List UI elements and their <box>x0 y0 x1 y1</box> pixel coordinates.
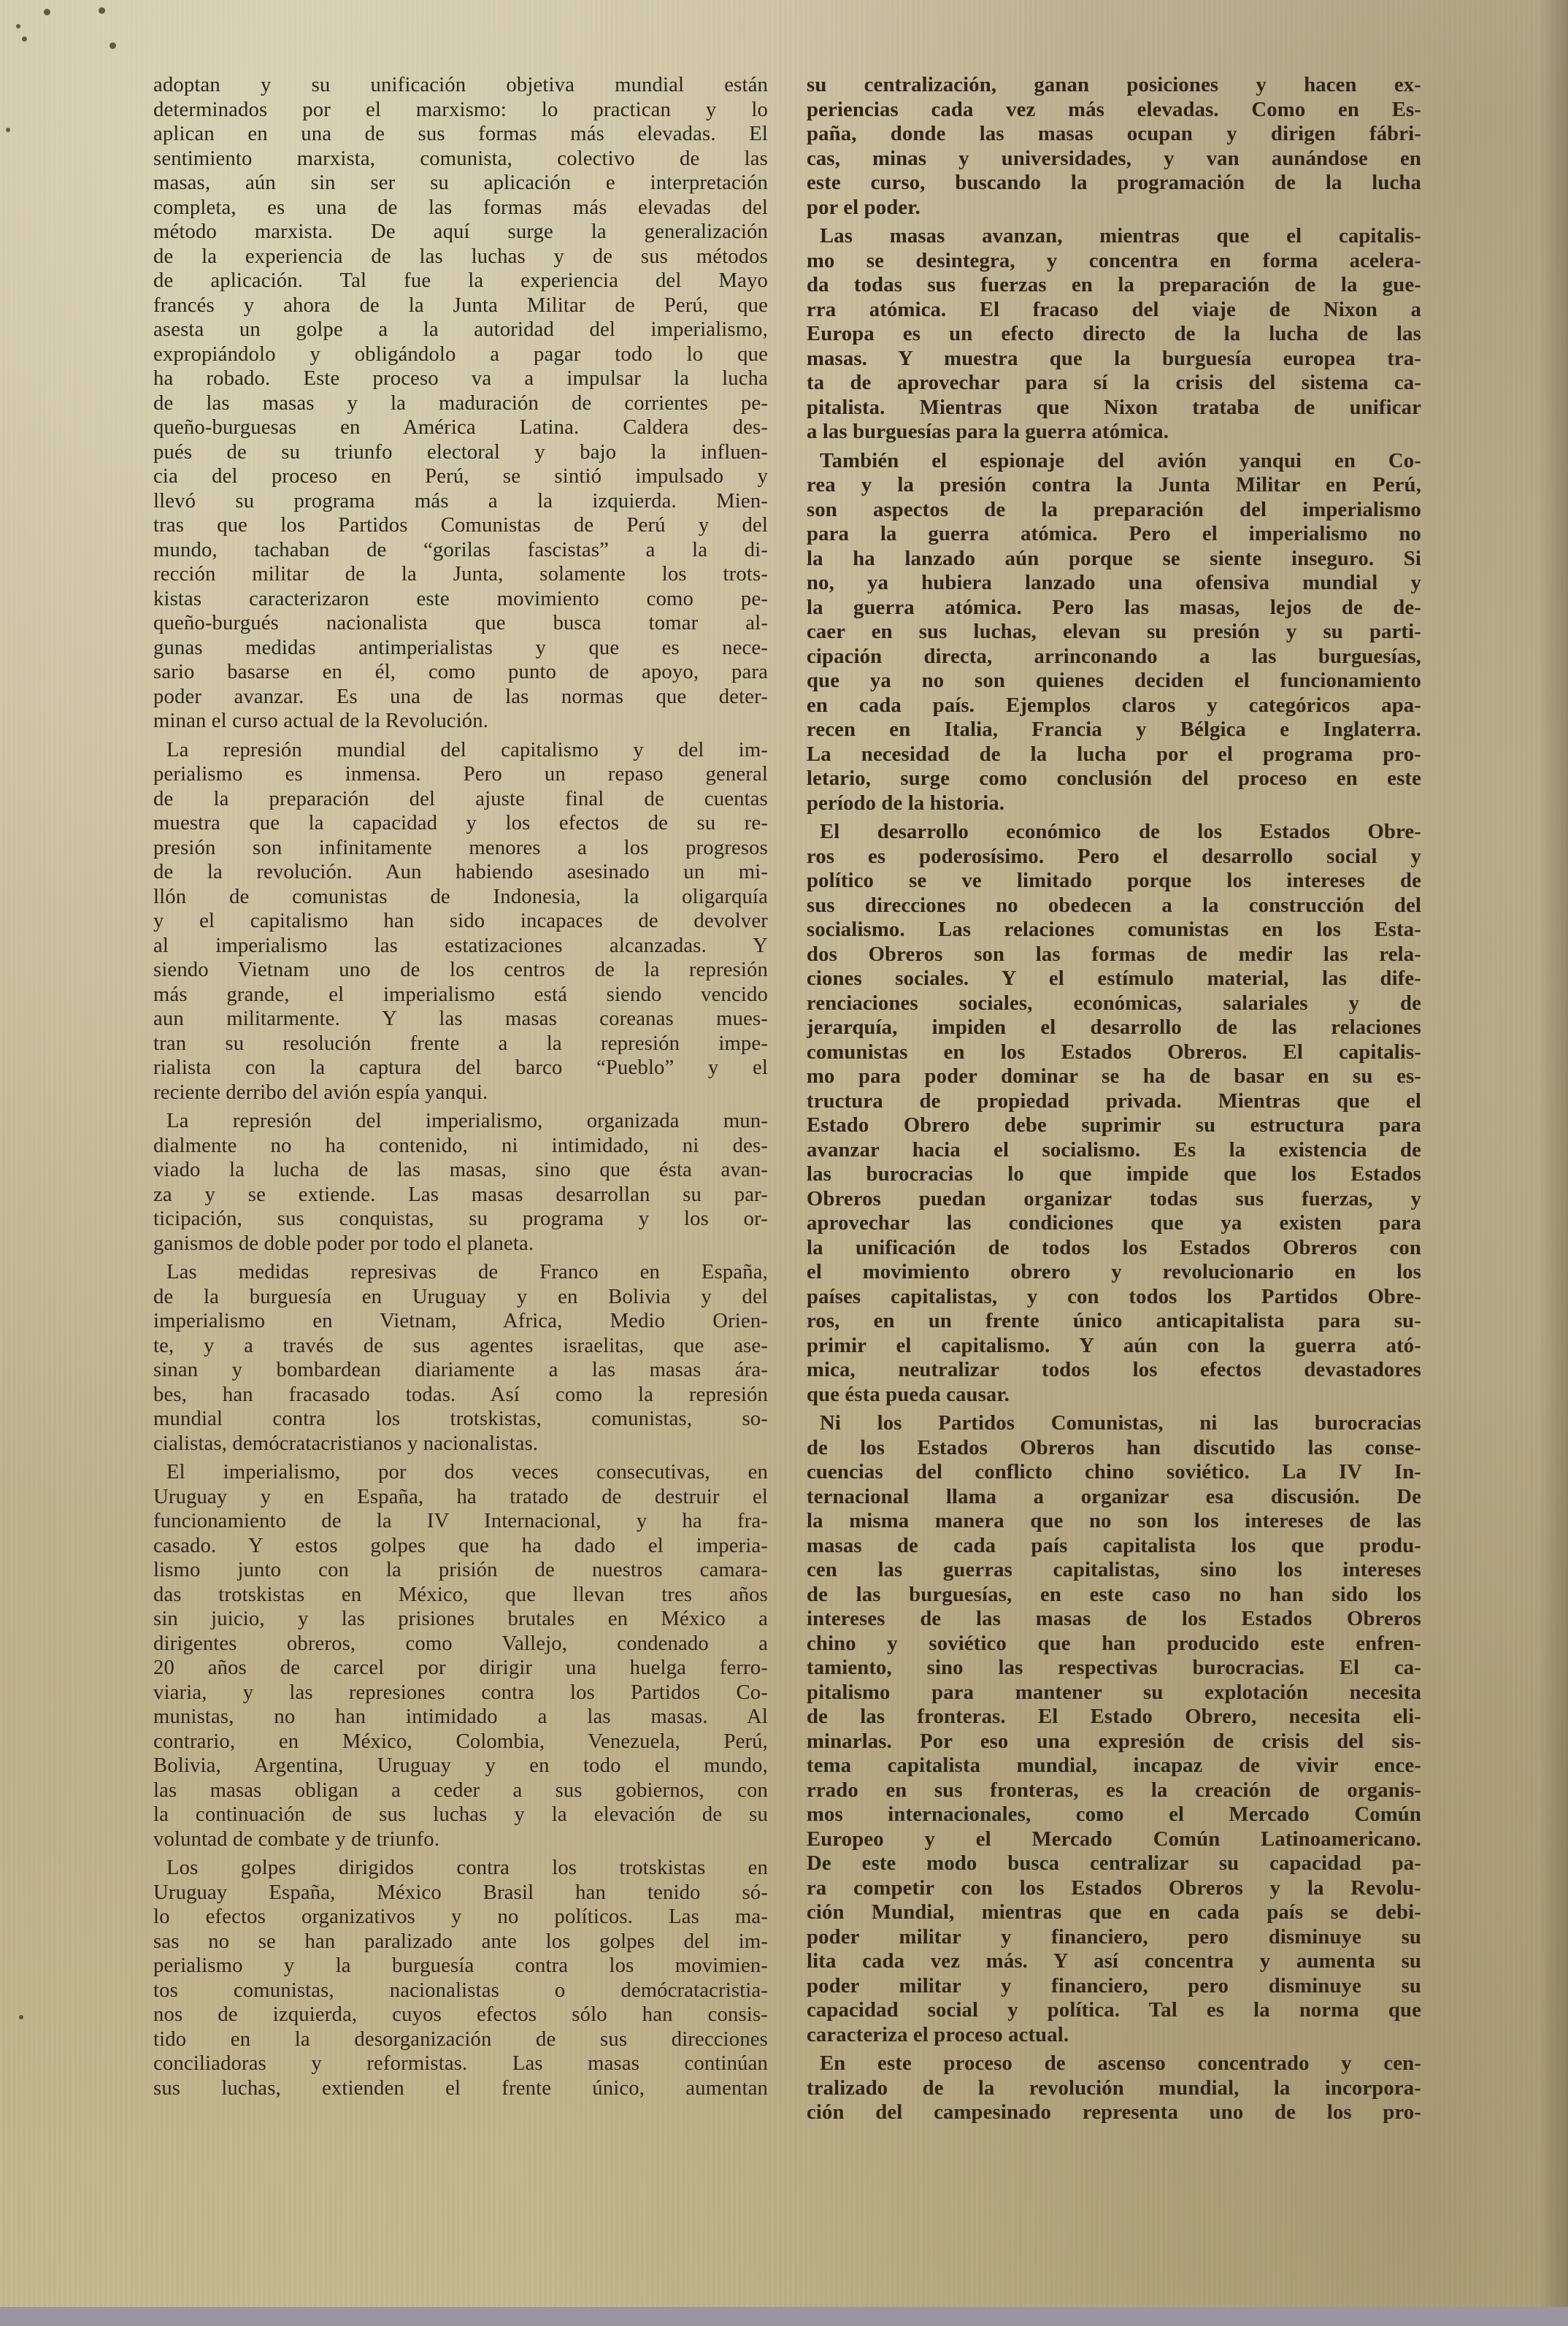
text-line: sario basarse en él, como punto de apoyo… <box>153 660 768 685</box>
text-line: ticipación, sus conquistas, su programa … <box>153 1207 768 1232</box>
text-line: de las masas y la maduración de corrient… <box>153 391 768 416</box>
text-line: la guerra atómica. Pero las masas, lejos… <box>807 596 1421 621</box>
text-line: paña, donde las masas ocupan y dirigen f… <box>807 122 1421 147</box>
text-line: determinados por el marxismo: lo practic… <box>153 98 768 123</box>
article-column-right: su centralización, ganan posiciones y ha… <box>807 73 1421 2125</box>
text-line: masas. Y muestra que la burguesía europe… <box>807 347 1421 372</box>
text-line: mos internacionales, como el Mercado Com… <box>807 1803 1421 1827</box>
scan-backdrop <box>0 2307 1568 2326</box>
text-line: rea y la presión contra la Junta Militar… <box>807 473 1421 498</box>
text-line: viado la lucha de las masas, sino que és… <box>153 1158 768 1183</box>
text-line: la ha lanzado aún porque se siente inseg… <box>807 547 1421 572</box>
text-line: El imperialismo, por dos veces consecuti… <box>153 1460 768 1485</box>
text-line: De este modo busca centralizar su capaci… <box>807 1851 1421 1876</box>
text-line: casado. Y estos golpes que ha dado el im… <box>153 1534 768 1559</box>
text-line: período de la historia. <box>807 791 1421 816</box>
text-line: caracteriza el proceso actual. <box>807 2023 1421 2048</box>
paragraph: También el espionaje del avión yanqui en… <box>807 449 1421 816</box>
text-line: completa, es una de las formas más eleva… <box>153 196 768 220</box>
text-line: ciones sociales. Y el estímulo material,… <box>807 967 1421 991</box>
text-line: tran su resolución frente a la represión… <box>153 1032 768 1056</box>
text-line: tido en la desorganización de sus direcc… <box>153 2027 768 2052</box>
text-line: de la experiencia de las luchas y de sus… <box>153 245 768 269</box>
text-line: más grande, el imperialismo está siendo … <box>153 983 768 1007</box>
text-line: la unificación de todos los Estados Obre… <box>807 1236 1421 1261</box>
text-line: tructura de propiedad privada. Mientras … <box>807 1089 1421 1114</box>
newspaper-page: adoptan y su unificación objetiva mundia… <box>0 0 1568 2307</box>
text-line: voluntad de combate y de triunfo. <box>153 1827 768 1852</box>
text-line: Uruguay y en España, ha tratado de destr… <box>153 1485 768 1510</box>
text-line: intereses de las masas de los Estados Ob… <box>807 1607 1421 1632</box>
text-line: cuencias del conflicto chino soviético. … <box>807 1460 1421 1485</box>
text-line: adoptan y su unificación objetiva mundia… <box>153 73 768 98</box>
text-line: este curso, buscando la programación de … <box>807 171 1421 196</box>
text-line: mo para poder dominar se ha de basar en … <box>807 1064 1421 1089</box>
paper-speck <box>44 9 50 15</box>
text-line: muestra que la capacidad y los efectos d… <box>153 811 768 836</box>
page-edge-shadow <box>1539 0 1568 2307</box>
text-line: viaria, y las represiones contra los Par… <box>153 1681 768 1705</box>
text-line: tralizado de la revolución mundial, la i… <box>807 2076 1421 2101</box>
text-line: ternacional llama a organizar esa discus… <box>807 1485 1421 1510</box>
text-line: Europa es un efecto directo de la lucha … <box>807 322 1421 347</box>
text-line: cas, minas y universidades, y van aunánd… <box>807 147 1421 172</box>
paper-speck <box>99 7 105 14</box>
text-line: letario, surge como conclusión del proce… <box>807 767 1421 791</box>
text-line: Estado Obrero debe suprimir su estructur… <box>807 1113 1421 1138</box>
text-line: contrario, en México, Colombia, Venezuel… <box>153 1730 768 1754</box>
text-line: te, y a través de sus agentes israelitas… <box>153 1334 768 1359</box>
text-line: de las burguesías, en este caso no han s… <box>807 1583 1421 1608</box>
text-line: aprovechar las condiciones que ya existe… <box>807 1211 1421 1236</box>
text-line: kistas caracterizaron este movimiento co… <box>153 587 768 612</box>
text-line: al imperialismo las estatizaciones alcan… <box>153 934 768 959</box>
text-line: pués de su triunfo electoral y bajo la i… <box>153 440 768 465</box>
text-line: mundo, tachaban de “gorilas fascistas” a… <box>153 538 768 563</box>
text-line: La necesidad de la lucha por el programa… <box>807 742 1421 767</box>
text-line: rialista con la captura del barco “Puebl… <box>153 1056 768 1081</box>
text-line: pitalista. Mientras que Nixon trataba de… <box>807 396 1421 421</box>
text-line: Los golpes dirigidos contra los trotskis… <box>153 1856 768 1881</box>
text-line: Las masas avanzan, mientras que el capit… <box>807 224 1421 249</box>
text-line: Las medidas represivas de Franco en Espa… <box>153 1260 768 1285</box>
text-line: ción Mundial, mientras que en cada país … <box>807 1900 1421 1925</box>
text-line: recen en Italia, Francia y Bélgica e Ing… <box>807 718 1421 742</box>
text-line: expropiándolo y obligándolo a pagar todo… <box>153 342 768 367</box>
paragraph: su centralización, ganan posiciones y ha… <box>807 73 1421 220</box>
text-line: rra atómica. El fracaso del viaje de Nix… <box>807 298 1421 323</box>
text-line: en cada país. Ejemplos claros y categóri… <box>807 694 1421 718</box>
text-line: La represión mundial del capitalismo y d… <box>153 738 768 763</box>
text-line: La represión del imperialismo, organizad… <box>153 1109 768 1134</box>
paper-speck <box>22 37 27 42</box>
text-line: asesta un golpe a la autoridad del imper… <box>153 318 768 342</box>
text-line: sus direcciones no obedecen a la constru… <box>807 894 1421 918</box>
text-line: ha robado. Este proceso va a impulsar la… <box>153 366 768 391</box>
text-line: jerarquía, impiden el desarrollo de las … <box>807 1016 1421 1040</box>
text-line: para la guerra atómica. Pero el imperial… <box>807 522 1421 547</box>
paragraph: Ni los Partidos Comunistas, ni las buroc… <box>807 1411 1421 2047</box>
text-line: masas, aún sin ser su aplicación e inter… <box>153 171 768 196</box>
text-line: gunas medidas antimperialistas y que es … <box>153 636 768 661</box>
text-line: sin juicio, y las prisiones brutales en … <box>153 1607 768 1632</box>
text-line: pitalismo para mantener su explotación n… <box>807 1681 1421 1705</box>
text-line: da todas sus fuerzas en la preparación d… <box>807 273 1421 298</box>
paper-speck <box>16 24 20 28</box>
text-line: renciaciones sociales, económicas, salar… <box>807 991 1421 1016</box>
text-line: por el poder. <box>807 196 1421 220</box>
article-column-left: adoptan y su unificación objetiva mundia… <box>153 73 768 2100</box>
text-line: Bolivia, Argentina, Uruguay y en todo el… <box>153 1754 768 1778</box>
text-line: periencias cada vez más elevadas. Como e… <box>807 98 1421 123</box>
text-line: das trotskistas en México, que llevan tr… <box>153 1583 768 1608</box>
text-line: munistas, no han intimidado a las masas.… <box>153 1705 768 1730</box>
text-line: tamiento, sino las respectivas burocraci… <box>807 1656 1421 1681</box>
text-line: perialismo es inmensa. Pero un repaso ge… <box>153 762 768 787</box>
text-line: llón de comunistas de Indonesia, la olig… <box>153 885 768 910</box>
text-line: cipación directa, arrinconando a las bur… <box>807 645 1421 669</box>
text-line: de la burguesía en Uruguay y en Bolivia … <box>153 1285 768 1310</box>
text-line: lita cada vez más. Y así concentra y aum… <box>807 1949 1421 1974</box>
text-line: za y se extiende. Las masas desarrollan … <box>153 1183 768 1208</box>
text-line: son aspectos de la preparación del imper… <box>807 498 1421 523</box>
text-line: su centralización, ganan posiciones y ha… <box>807 73 1421 98</box>
text-line: mo se desintegra, y concentra en forma a… <box>807 249 1421 274</box>
paper-speck <box>19 2015 23 2019</box>
text-line: perialismo y la burguesía contra los mov… <box>153 1954 768 1978</box>
paragraph: La represión mundial del capitalismo y d… <box>153 738 768 1105</box>
text-line: y el capitalismo han sido incapaces de d… <box>153 909 768 934</box>
text-line: la continuación de sus luchas y la eleva… <box>153 1803 768 1827</box>
paragraph: En este proceso de ascenso concentrado y… <box>807 2051 1421 2125</box>
text-line: reciente derribo del avión espía yanqui. <box>153 1081 768 1105</box>
text-line: sentimiento marxista, comunista, colecti… <box>153 147 768 172</box>
text-line: Ni los Partidos Comunistas, ni las buroc… <box>807 1411 1421 1436</box>
text-line: a las burguesías para la guerra atómica. <box>807 420 1421 445</box>
text-line: cen las guerras capitalistas, sino los i… <box>807 1558 1421 1583</box>
paragraph: El desarrollo económico de los Estados O… <box>807 820 1421 1407</box>
text-line: que ésta pueda causar. <box>807 1383 1421 1408</box>
text-line: ros es poderosísimo. Pero el desarrollo … <box>807 845 1421 870</box>
paragraph: El imperialismo, por dos veces consecuti… <box>153 1460 768 1851</box>
text-line: nos de izquierda, cuyos efectos sólo han… <box>153 2003 768 2027</box>
text-line: Europeo y el Mercado Común Latinoamerica… <box>807 1827 1421 1852</box>
text-line: masas de cada país capitalista los que p… <box>807 1534 1421 1559</box>
text-line: aun militarmente. Y las masas coreanas m… <box>153 1007 768 1032</box>
text-line: primir el capitalismo. Y aún con la guer… <box>807 1334 1421 1359</box>
text-line: sas no se han paralizado ante los golpes… <box>153 1930 768 1954</box>
text-line: siendo Vietnam uno de los centros de la … <box>153 958 768 983</box>
text-line: de la revolución. Aun habiendo asesinado… <box>153 860 768 885</box>
paper-speck <box>6 128 10 132</box>
text-line: comunistas en los Estados Obreros. El ca… <box>807 1040 1421 1065</box>
text-line: mundial contra los trotskistas, comunist… <box>153 1407 768 1432</box>
text-line: cialistas, demócratacristianos y naciona… <box>153 1432 768 1456</box>
paragraph: adoptan y su unificación objetiva mundia… <box>153 73 768 734</box>
text-line: capacidad social y política. Tal es la n… <box>807 1998 1421 2023</box>
text-line: funcionamiento de la IV Internacional, y… <box>153 1509 768 1534</box>
text-line: lismo junto con la prisión de nuestros c… <box>153 1558 768 1583</box>
text-line: chino y soviético que han producido este… <box>807 1632 1421 1657</box>
text-line: dialmente no ha contenido, ni intimidado… <box>153 1134 768 1159</box>
paragraph: Los golpes dirigidos contra los trotskis… <box>153 1856 768 2100</box>
text-line: que ya no son quienes deciden el funcion… <box>807 669 1421 694</box>
text-line: socialismo. Las relaciones comunistas en… <box>807 918 1421 943</box>
text-line: poder militar y financiero, pero disminu… <box>807 1974 1421 1999</box>
text-line: dos Obreros son las formas de medir las … <box>807 943 1421 967</box>
paragraph: La represión del imperialismo, organizad… <box>153 1109 768 1256</box>
text-line: ros, en un frente único anticapitalista … <box>807 1309 1421 1334</box>
text-line: Obreros puedan organizar todas sus fuerz… <box>807 1187 1421 1212</box>
text-line: El desarrollo económico de los Estados O… <box>807 820 1421 845</box>
text-line: sus luchas, extienden el frente único, a… <box>153 2076 768 2101</box>
text-line: político se ve limitado porque los inter… <box>807 869 1421 894</box>
text-line: avanzar hacia el socialismo. Es la exist… <box>807 1138 1421 1163</box>
text-line: En este proceso de ascenso concentrado y… <box>807 2051 1421 2076</box>
text-line: rección militar de la Junta, solamente l… <box>153 562 768 587</box>
text-line: También el espionaje del avión yanqui en… <box>807 449 1421 474</box>
text-line: minarlas. Por eso una expresión de crisi… <box>807 1730 1421 1754</box>
text-line: caer en sus luchas, elevan su presión y … <box>807 620 1421 645</box>
paragraph: Las masas avanzan, mientras que el capit… <box>807 224 1421 445</box>
text-line: la misma manera que no son los intereses… <box>807 1509 1421 1534</box>
text-line: tos comunistas, nacionalistas o demócrat… <box>153 1978 768 2003</box>
text-line: poder militar y financiero, pero disminu… <box>807 1925 1421 1950</box>
text-line: de los Estados Obreros han discutido las… <box>807 1436 1421 1461</box>
text-line: conciliadoras y reformistas. Las masas c… <box>153 2051 768 2076</box>
text-line: tema capitalista mundial, incapaz de viv… <box>807 1754 1421 1778</box>
text-line: no, ya hubiera lanzado una ofensiva mund… <box>807 571 1421 596</box>
text-line: francés y ahora de la Junta Militar de P… <box>153 293 768 318</box>
paper-speck <box>109 42 116 49</box>
text-line: llevó su programa más a la izquierda. Mi… <box>153 489 768 514</box>
text-line: de la preparación del ajuste final de cu… <box>153 787 768 812</box>
text-line: minan el curso actual de la Revolución. <box>153 709 768 734</box>
text-line: rrado en sus fronteras, es la creación d… <box>807 1778 1421 1803</box>
text-line: mica, neutralizar todos los efectos deva… <box>807 1358 1421 1383</box>
text-line: poder avanzar. Es una de las normas que … <box>153 685 768 710</box>
text-line: presión son infinitamente menores a los … <box>153 836 768 861</box>
text-line: las masas obligan a ceder a sus gobierno… <box>153 1778 768 1803</box>
text-line: 20 años de carcel por dirigir una huelga… <box>153 1656 768 1681</box>
text-line: queño-burgués nacionalista que busca tom… <box>153 611 768 636</box>
text-line: queño-burguesas en América Latina. Calde… <box>153 415 768 440</box>
text-line: países capitalistas, y con todos los Par… <box>807 1285 1421 1310</box>
text-line: ta de aprovechar para sí la crisis del s… <box>807 371 1421 396</box>
text-line: sinan y bombardean diariamente a las mas… <box>153 1358 768 1383</box>
text-line: imperialismo en Vietnam, Africa, Medio O… <box>153 1309 768 1334</box>
text-line: el movimiento obrero y revolucionario en… <box>807 1260 1421 1285</box>
text-line: bes, han fracasado todas. Así como la re… <box>153 1383 768 1408</box>
text-line: método marxista. De aquí surge la genera… <box>153 220 768 245</box>
text-line: ganismos de doble poder por todo el plan… <box>153 1232 768 1256</box>
text-line: tras que los Partidos Comunistas de Perú… <box>153 513 768 538</box>
text-line: de aplicación. Tal fue la experiencia de… <box>153 269 768 293</box>
text-line: aplican en una de sus formas más elevada… <box>153 122 768 147</box>
paragraph: Las medidas represivas de Franco en Espa… <box>153 1260 768 1456</box>
text-line: ción del campesinado representa uno de l… <box>807 2100 1421 2125</box>
text-line: cia del proceso en Perú, se sintió impul… <box>153 464 768 489</box>
text-line: dirigentes obreros, como Vallejo, conden… <box>153 1632 768 1657</box>
text-line: ra competir con los Estados Obreros y la… <box>807 1876 1421 1901</box>
text-line: de las fronteras. El Estado Obrero, nece… <box>807 1705 1421 1730</box>
text-line: las burocracias lo que impide que los Es… <box>807 1162 1421 1187</box>
text-line: lo efectos organizativos y no políticos.… <box>153 1905 768 1930</box>
text-line: Uruguay España, México Brasil han tenido… <box>153 1881 768 1905</box>
